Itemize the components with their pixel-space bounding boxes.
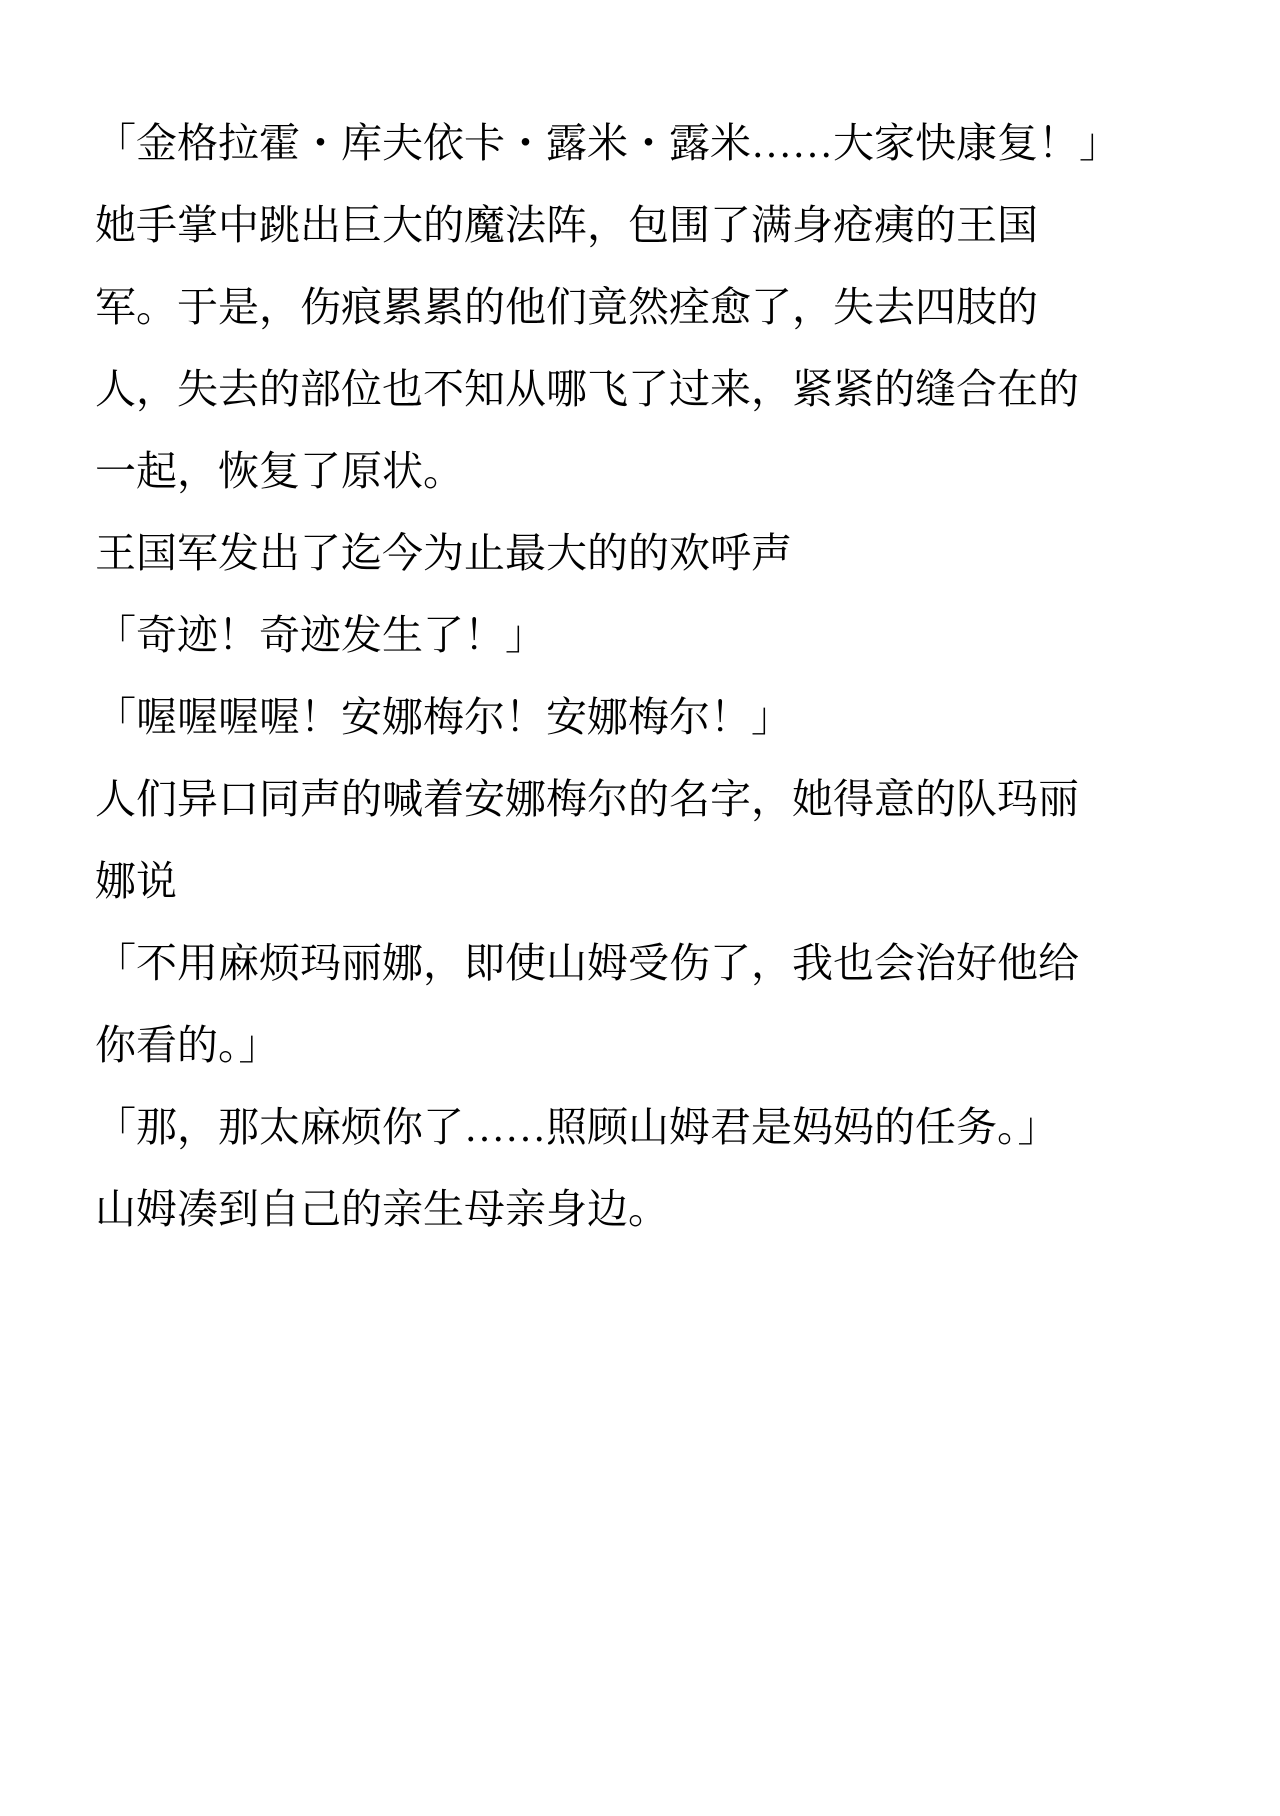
text-line-7: 「奇迹！奇迹发生了！」 [95, 594, 1220, 676]
text-line-14: 山姆凑到自己的亲生母亲身边。 [95, 1168, 1220, 1250]
text-line-1: 「金格拉霍・库夫依卡・露米・露米……大家快康复！」 [95, 102, 1220, 184]
text-line-10: 娜说 [95, 840, 1220, 922]
text-line-13: 「那，那太麻烦你了……照顾山姆君是妈妈的任务。」 [95, 1086, 1220, 1168]
text-block: 「金格拉霍・库夫依卡・露米・露米……大家快康复！」 她手掌中跳出巨大的魔法阵，包… [95, 102, 1220, 1250]
text-line-12: 你看的。」 [95, 1004, 1220, 1086]
text-line-6: 王国军发出了迄今为止最大的的欢呼声 [95, 512, 1220, 594]
text-line-11: 「不用麻烦玛丽娜，即使山姆受伤了，我也会治好他给 [95, 922, 1220, 1004]
document-page: 「金格拉霍・库夫依卡・露米・露米……大家快康复！」 她手掌中跳出巨大的魔法阵，包… [0, 0, 1280, 1816]
text-line-8: 「喔喔喔喔！安娜梅尔！安娜梅尔！」 [95, 676, 1220, 758]
text-line-4: 人，失去的部位也不知从哪飞了过来，紧紧的缝合在的 [95, 348, 1220, 430]
text-line-2: 她手掌中跳出巨大的魔法阵，包围了满身疮痍的王国 [95, 184, 1220, 266]
text-line-5: 一起，恢复了原状。 [95, 430, 1220, 512]
text-line-3: 军。于是，伤痕累累的他们竟然痊愈了，失去四肢的 [95, 266, 1220, 348]
text-line-9: 人们异口同声的喊着安娜梅尔的名字，她得意的队玛丽 [95, 758, 1220, 840]
